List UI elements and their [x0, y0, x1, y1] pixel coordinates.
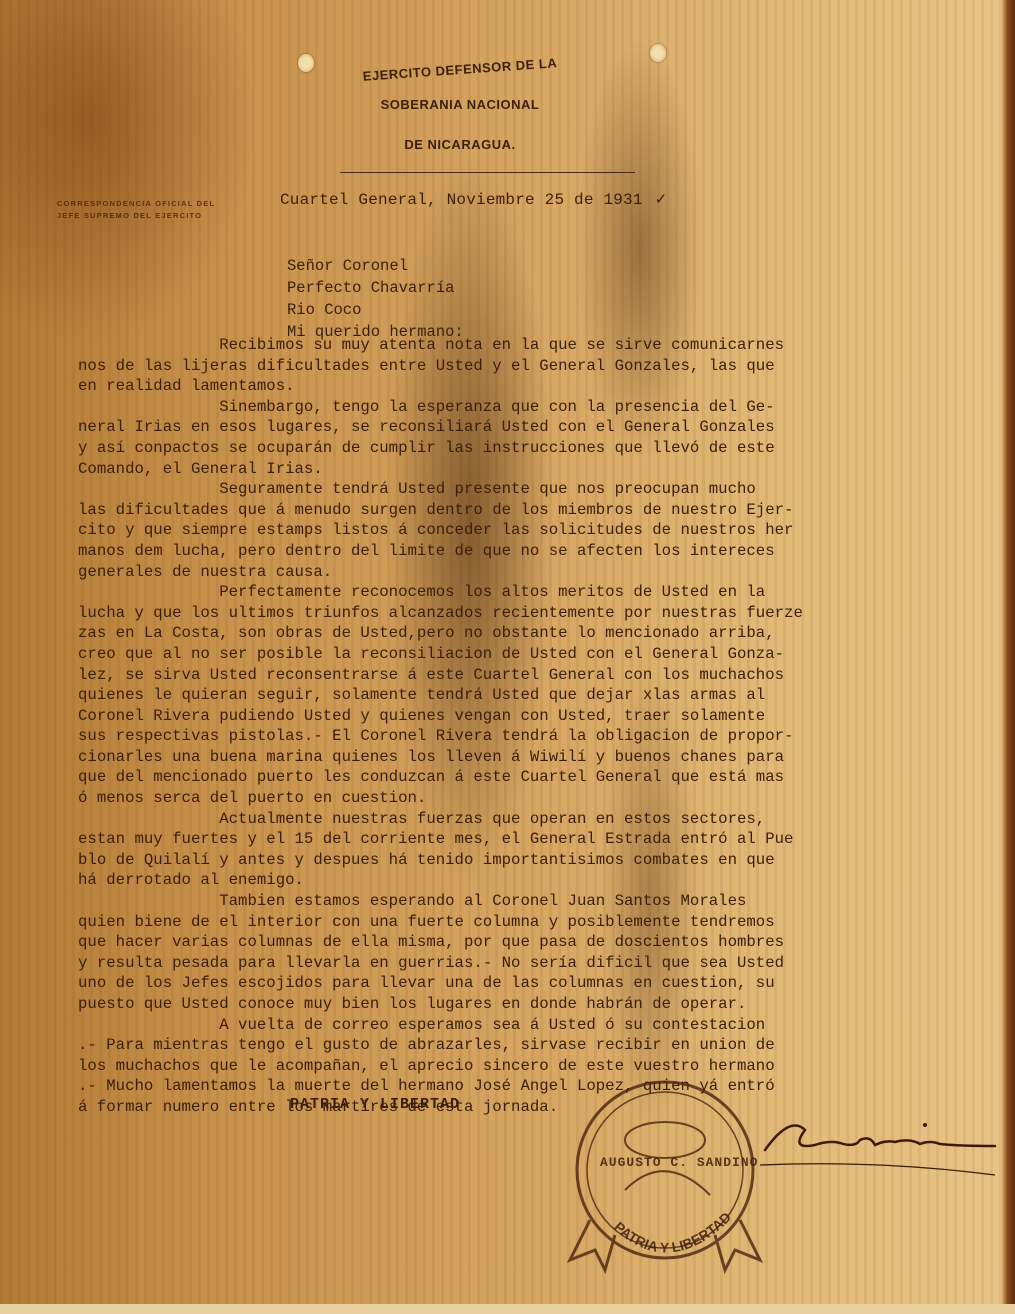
body-line: manos dem lucha, pero dentro del limite …: [78, 541, 998, 562]
body-line: puesto que Usted conoce muy bien los lug…: [78, 994, 998, 1015]
body-line: cionarles una buena marina quienes los l…: [78, 747, 998, 768]
body-line: nos de las lijeras dificultades entre Us…: [78, 356, 998, 377]
closing-motto: PATRIA Y LIBERTAD: [290, 1096, 460, 1113]
correspondence-label-line-2: JEFE SUPREMO DEL EJERCITO: [57, 210, 267, 222]
checkmark-icon: ✓: [655, 190, 668, 208]
body-line: Perfectamente reconocemos los altos meri…: [78, 582, 998, 603]
body-line: ó menos serca del puerto en cuestion.: [78, 788, 998, 809]
correspondence-label: CORRESPONDENCIA OFICIAL DEL JEFE SUPREMO…: [57, 198, 267, 222]
recipient-line: Señor Coronel: [287, 255, 464, 277]
letter-page: EJERCITO DEFENSOR DE LA SOBERANIA NACION…: [0, 0, 1002, 1304]
body-line: uno de los Jefes escojidos para llevar u…: [78, 973, 998, 994]
recipient-line: Perfecto Chavarría: [287, 277, 464, 299]
body-line: quienes le quieran seguir, solamente ten…: [78, 685, 998, 706]
letterhead-line-3: DE NICARAGUA.: [330, 137, 590, 152]
signature-icon: [760, 1110, 1000, 1180]
seal-stamp-icon: PATRIA Y LIBERTAD: [560, 1070, 770, 1285]
body-line: cito y que siempre estamps listos á conc…: [78, 520, 998, 541]
body-line: lucha y que los ultimos triunfos alcanza…: [78, 603, 998, 624]
seal-name: AUGUSTO C. SANDINO: [600, 1155, 758, 1170]
body-line: Comando, el General Irias.: [78, 459, 998, 480]
body-line: Sinembargo, tengo la esperanza que con l…: [78, 397, 998, 418]
page-bottom-edge: [0, 1304, 1015, 1314]
letterhead-divider: [340, 172, 635, 173]
body-line: estan muy fuertes y el 15 del corriente …: [78, 829, 998, 850]
seal-motto: PATRIA Y LIBERTAD: [611, 1209, 734, 1256]
svg-text:PATRIA Y LIBERTAD: PATRIA Y LIBERTAD: [611, 1209, 734, 1256]
letterhead-line-1: EJERCITO DEFENSOR DE LA: [330, 53, 590, 86]
body-line: lez, se sirva Usted reconsentrarse á est…: [78, 665, 998, 686]
dateline-text: Cuartel General, Noviembre 25 de 1931: [280, 191, 643, 209]
body-line: Seguramente tendrá Usted presente que no…: [78, 479, 998, 500]
punch-hole: [298, 54, 314, 72]
page-edge: [1002, 0, 1015, 1314]
recipient-line: Rio Coco: [287, 299, 464, 321]
body-line: creo que al no ser posible la reconsilia…: [78, 644, 998, 665]
punch-hole: [650, 44, 666, 62]
body-line: los muchachos que le acompañan, el aprec…: [78, 1056, 998, 1077]
body-line: Tambien estamos esperando al Coronel Jua…: [78, 891, 998, 912]
body-line: .- Mucho lamentamos la muerte del herman…: [78, 1076, 998, 1097]
body-line: há derrotado al enemigo.: [78, 870, 998, 891]
body-line: blo de Quilalí y antes y despues há teni…: [78, 850, 998, 871]
body-line: sus respectivas pistolas.- El Coronel Ri…: [78, 726, 998, 747]
body-line: y resulta pesada para llevarla en guerri…: [78, 953, 998, 974]
dateline: Cuartel General, Noviembre 25 de 1931✓: [280, 190, 667, 209]
body-line: .- Para mientras tengo el gusto de abraz…: [78, 1035, 998, 1056]
body-line: Coronel Rivera pudiendo Usted y quienes …: [78, 706, 998, 727]
body-line: que del mencionado puerto les conduzcan …: [78, 767, 998, 788]
body-line: A vuelta de correo esperamos sea á Usted…: [78, 1015, 998, 1036]
body-line: generales de nuestra causa.: [78, 562, 998, 583]
body-line: quien biene de el interior con una fuert…: [78, 912, 998, 933]
letterhead-line-2: SOBERANIA NACIONAL: [330, 97, 590, 112]
body-line: y así conpactos se ocuparán de cumplir l…: [78, 438, 998, 459]
body-line: en realidad lamentamos.: [78, 376, 998, 397]
correspondence-label-line-1: CORRESPONDENCIA OFICIAL DEL: [57, 198, 267, 210]
recipient-block: Señor Coronel Perfecto Chavarría Rio Coc…: [287, 255, 464, 343]
body-line: zas en La Costa, son obras de Usted,pero…: [78, 623, 998, 644]
body-line: Recibimos su muy atenta nota en la que s…: [78, 335, 998, 356]
body-line: Actualmente nuestras fuerzas que operan …: [78, 809, 998, 830]
body-line: neral Irias en esos lugares, se reconsil…: [78, 417, 998, 438]
letter-body: Recibimos su muy atenta nota en la que s…: [78, 335, 998, 1118]
body-line: que hacer varias columnas de ella misma,…: [78, 932, 998, 953]
body-line: las dificultades que á menudo surgen den…: [78, 500, 998, 521]
